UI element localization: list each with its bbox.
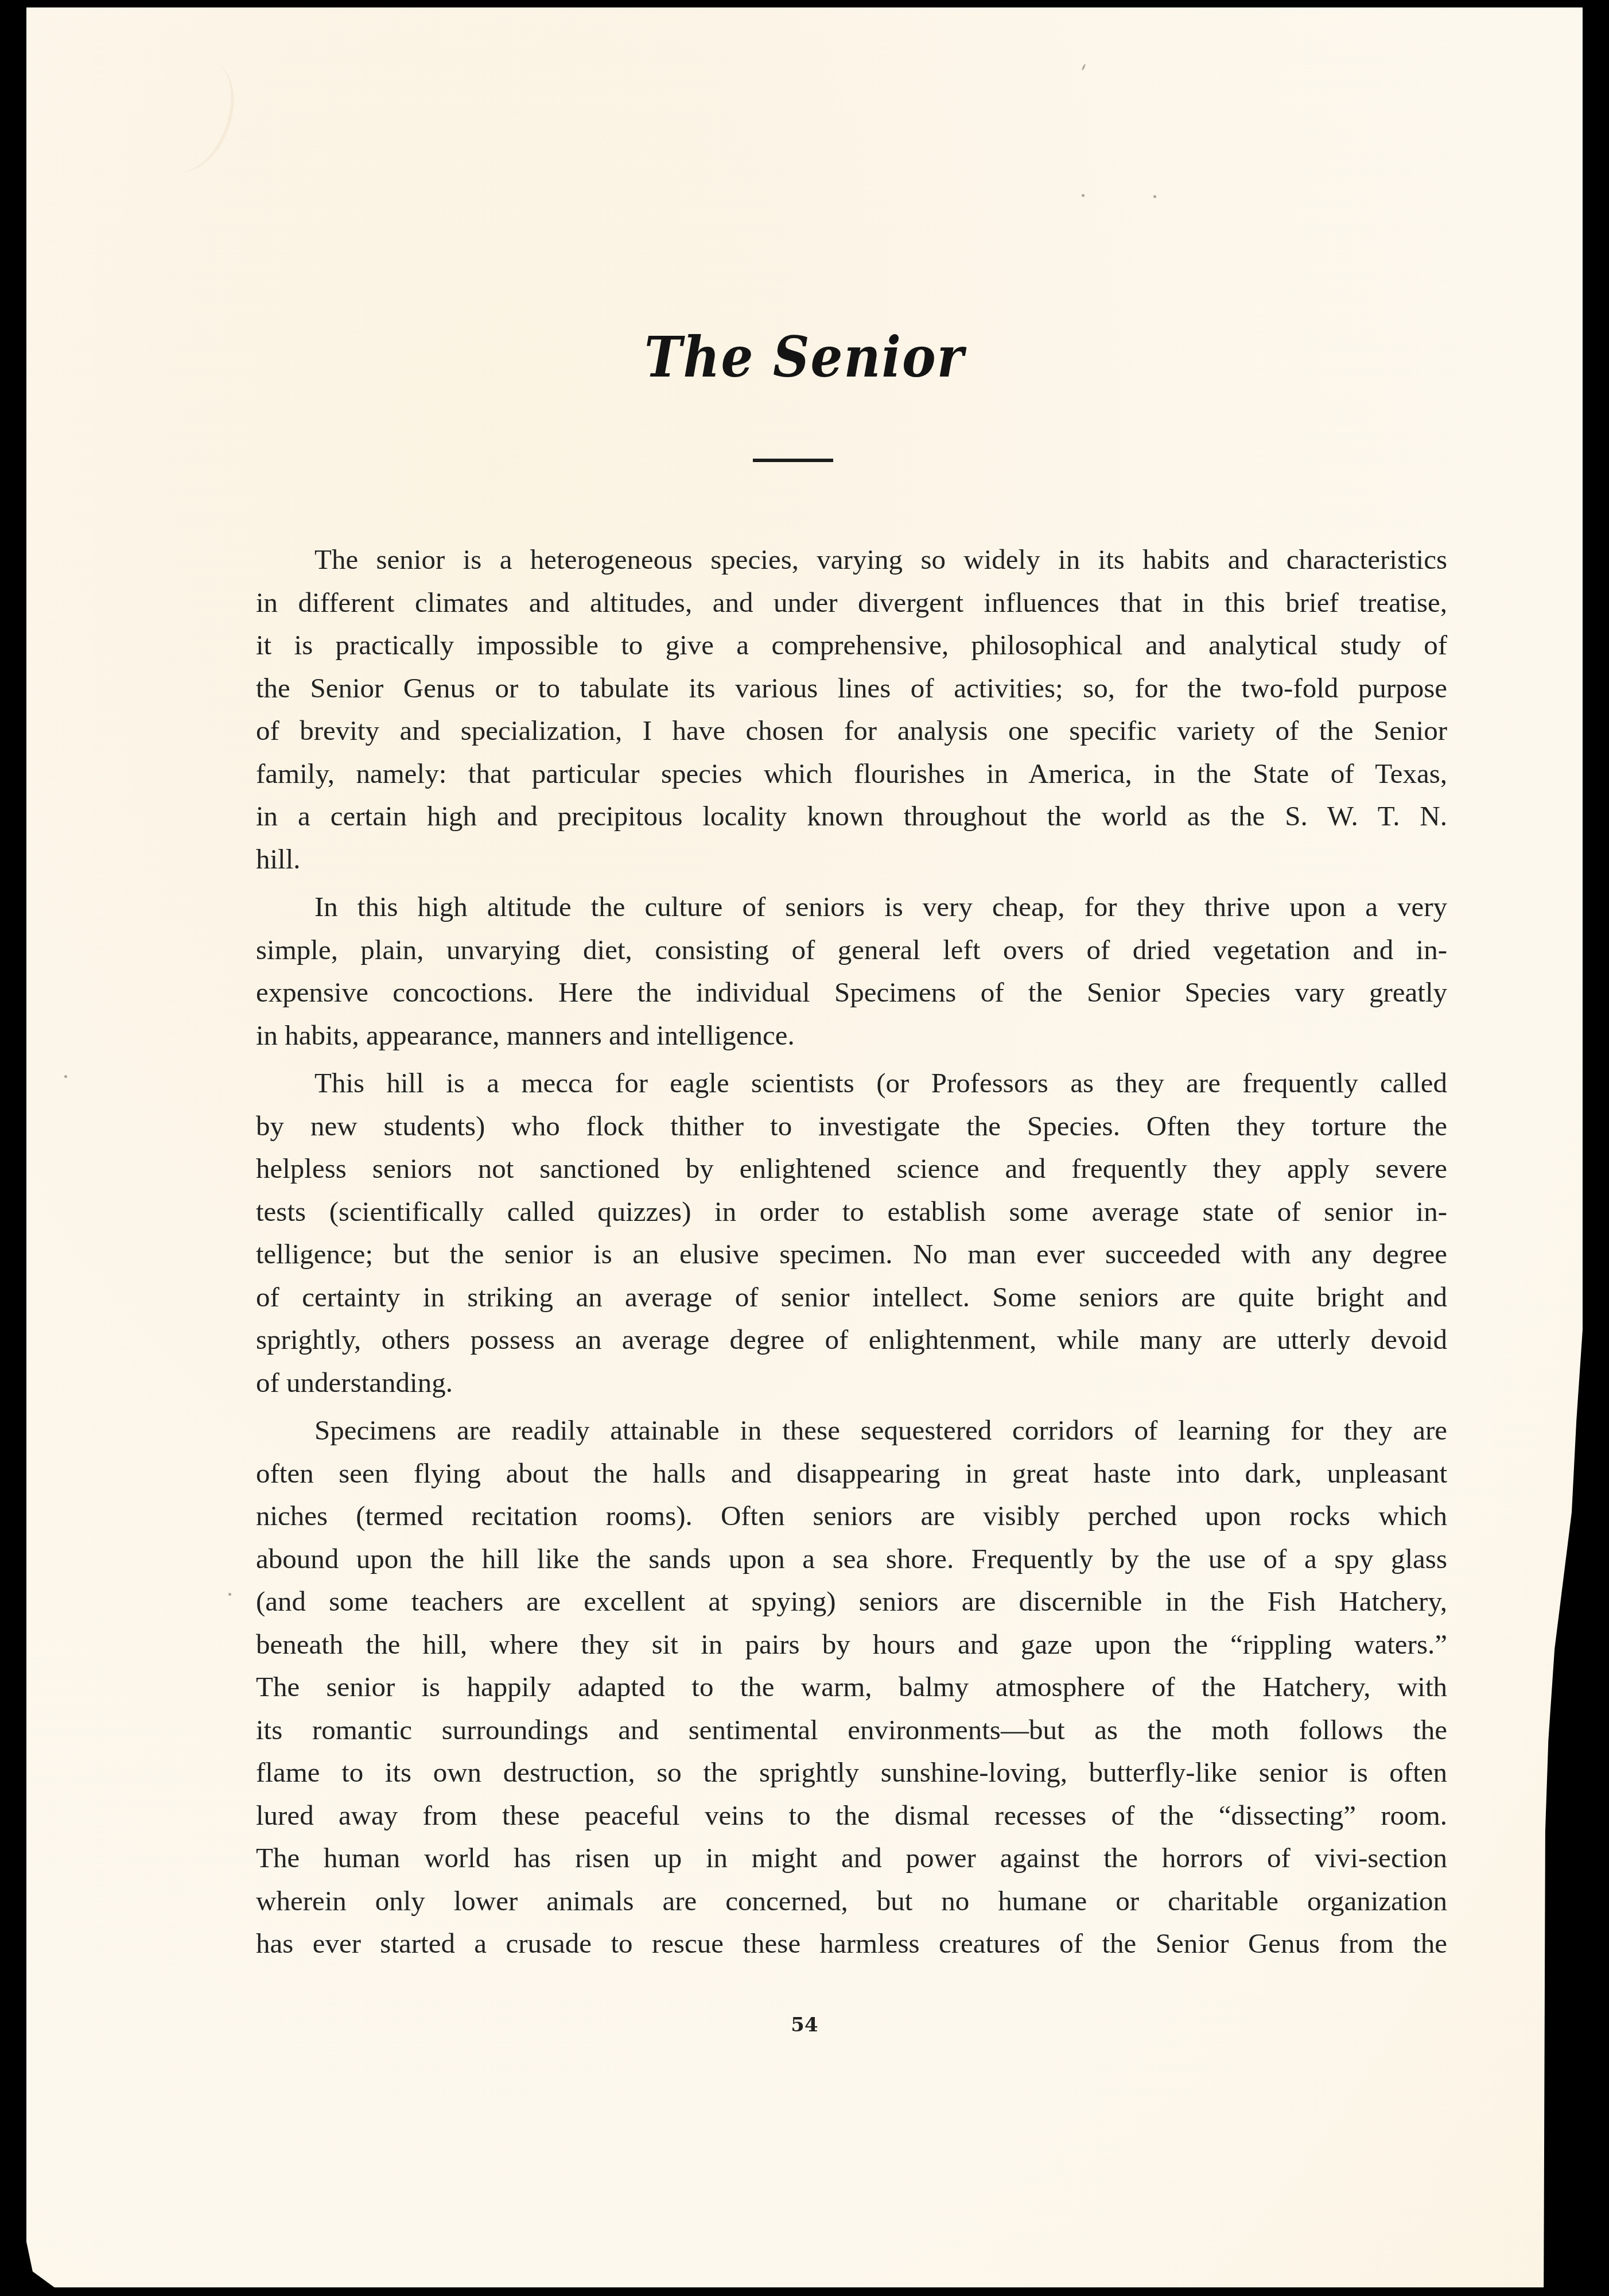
text-line: The senior is a heterogeneous species, v… (256, 538, 1447, 581)
text-line: abound upon the hill like the sands upon… (256, 1538, 1447, 1581)
text-line: simple, plain, unvarying diet, consistin… (256, 929, 1447, 972)
text-line: wherein only lower animals are concerned… (256, 1880, 1447, 1923)
text-line: telligence; but the senior is an elusive… (256, 1233, 1447, 1276)
text-line: The senior is happily adapted to the war… (256, 1666, 1447, 1709)
text-line: beneath the hill, where they sit in pair… (256, 1623, 1447, 1666)
text-line: The human world has risen up in might an… (256, 1837, 1447, 1880)
text-line: lured away from these peaceful veins to … (256, 1794, 1447, 1837)
paper-speck (1153, 195, 1156, 198)
text-line: in a certain high and precipitous locali… (256, 795, 1447, 838)
text-line: of certainty in striking an average of s… (256, 1276, 1447, 1319)
text-line: has ever started a crusade to rescue the… (256, 1922, 1447, 1965)
paragraph: In this high altitude the culture of sen… (256, 886, 1447, 1057)
article-body: The senior is a heterogeneous species, v… (256, 538, 1447, 1971)
text-line: of brevity and specialization, I have ch… (256, 709, 1447, 753)
paper-stain (141, 50, 248, 183)
text-line: Specimens are readily attainable in thes… (256, 1409, 1447, 1452)
title-divider (753, 459, 833, 462)
text-line: tests (scientifically called quizzes) in… (256, 1190, 1447, 1234)
text-line: flame to its own destruction, so the spr… (256, 1751, 1447, 1794)
paper-speck (64, 1075, 67, 1078)
text-line: family, namely: that particular species … (256, 753, 1447, 796)
paragraph: Specimens are readily attainable in thes… (256, 1409, 1447, 1965)
page-title: The Senior (0, 324, 1609, 390)
paragraph: This hill is a mecca for eagle scientist… (256, 1062, 1447, 1404)
paper-speck (228, 1593, 231, 1596)
text-line: In this high altitude the culture of sen… (256, 886, 1447, 929)
text-line: expensive concoctions. Here the individu… (256, 971, 1447, 1014)
text-line: often seen flying about the halls and di… (256, 1452, 1447, 1495)
text-line: in different climates and altitudes, and… (256, 581, 1447, 625)
paragraph: The senior is a heterogeneous species, v… (256, 538, 1447, 881)
paper-speck (1082, 194, 1085, 197)
text-line: of understanding. (256, 1362, 1447, 1405)
text-line: by new students) who flock thither to in… (256, 1105, 1447, 1148)
text-line: This hill is a mecca for eagle scientist… (256, 1062, 1447, 1105)
text-line: in habits, appearance, manners and intel… (256, 1014, 1447, 1057)
text-line: (and some teachers are excellent at spyi… (256, 1580, 1447, 1623)
text-line: niches (termed recitation rooms). Often … (256, 1495, 1447, 1538)
text-line: the Senior Genus or to tabulate its vari… (256, 667, 1447, 710)
page-number: 54 (0, 2014, 1609, 2037)
text-line: its romantic surroundings and sentimenta… (256, 1709, 1447, 1752)
text-line: helpless seniors not sanctioned by enlig… (256, 1147, 1447, 1190)
text-line: sprightly, others possess an average deg… (256, 1318, 1447, 1362)
text-line: hill. (256, 838, 1447, 881)
text-line: it is practically impossible to give a c… (256, 624, 1447, 667)
